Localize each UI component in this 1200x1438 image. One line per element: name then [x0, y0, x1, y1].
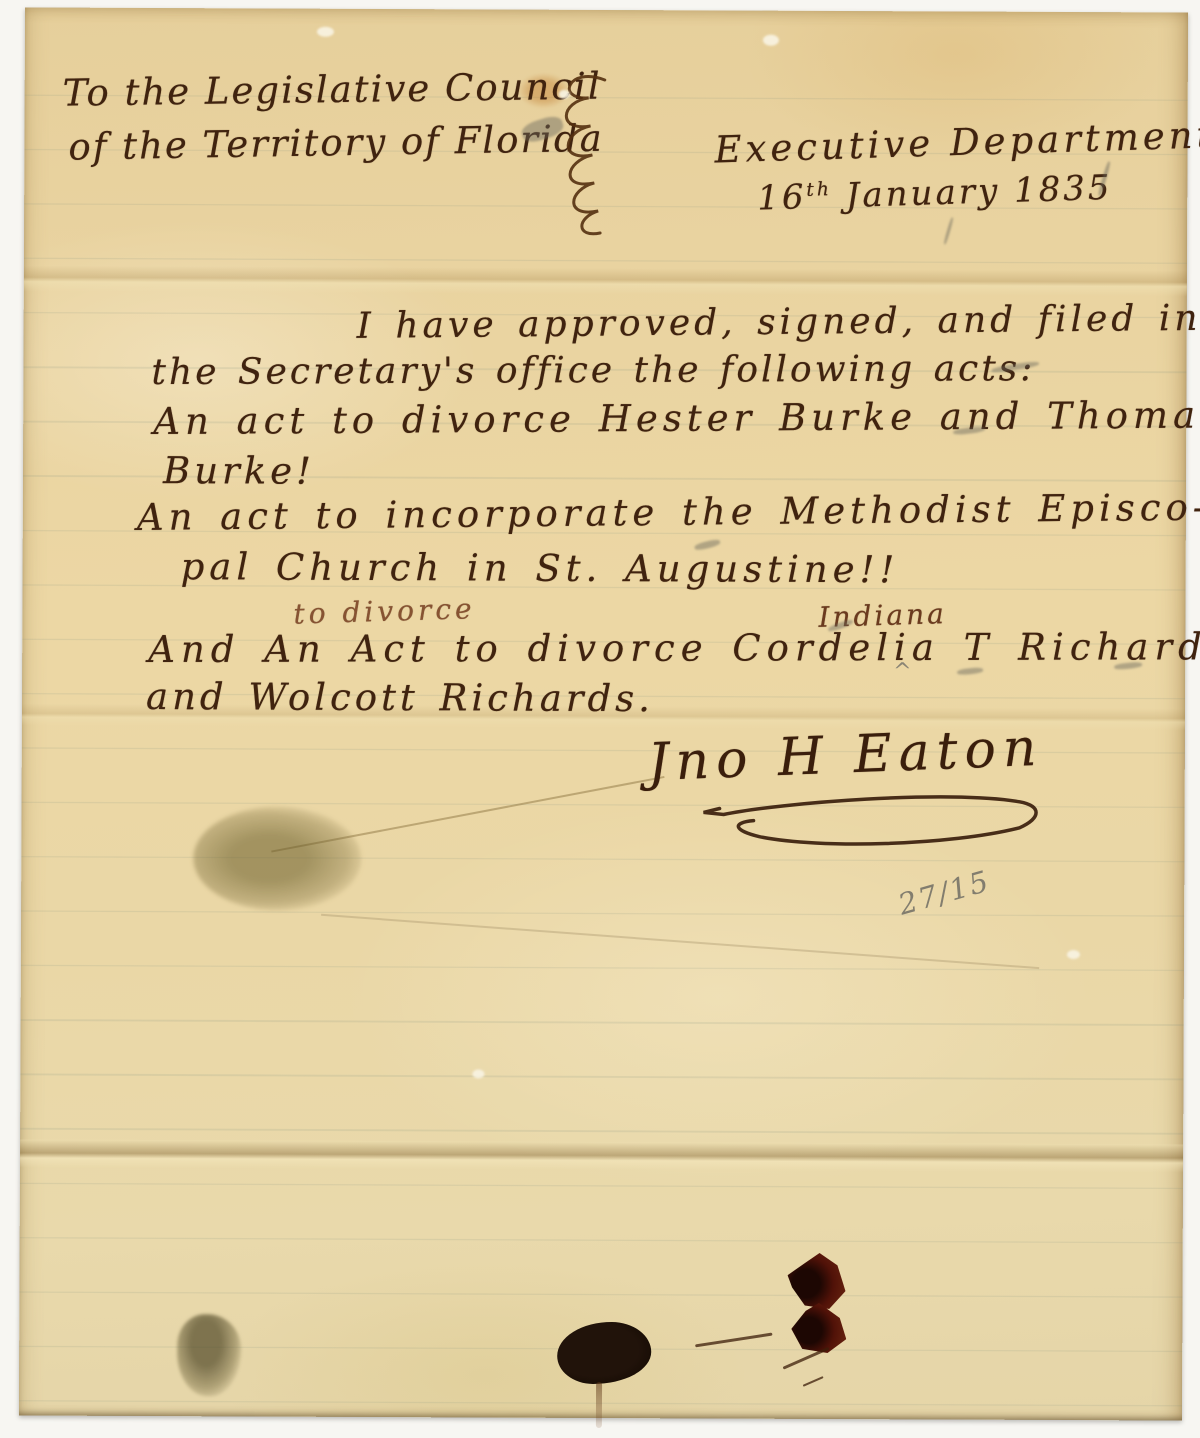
date-ordinal: th [806, 179, 832, 201]
ink-blot [557, 1322, 651, 1384]
ink-streak [783, 1347, 830, 1370]
paper-fleck [472, 1069, 484, 1078]
heading-date: 16th January 1835 [757, 168, 1113, 219]
paper-stain [193, 806, 361, 911]
archival-pencil-note: 27/15 [895, 864, 994, 922]
insertion-caret: ^ [893, 659, 912, 684]
crease-scratch [321, 914, 1039, 969]
paper-fleck [763, 35, 779, 46]
letter-page: To the Legislative Council of the Territ… [19, 7, 1188, 1420]
pencil-smudge [943, 217, 954, 245]
ink-streak [695, 1333, 773, 1348]
signature-flourish [689, 782, 1049, 862]
crease-scratch [271, 776, 664, 853]
salutation-line-2: of the Territory of Florida [68, 117, 604, 169]
body-line: And An Act to divorce Cordelia T Richard… [148, 625, 1200, 671]
body-line: An act to divorce Hester Burke and Thoma… [153, 393, 1200, 443]
body-line: An act to incorporate the Methodist Epis… [137, 486, 1200, 539]
paper-fleck [559, 90, 570, 99]
body-line: I have approved, signed, and filed in [356, 298, 1200, 347]
fold-crease [20, 1139, 1183, 1172]
interlinear-insertion-to-divorce: to divorce [293, 592, 476, 631]
ink-drip [596, 1382, 602, 1428]
body-line: pal Church in St. Augustine!! [181, 545, 900, 591]
scan-background: To the Legislative Council of the Territ… [0, 0, 1200, 1438]
date-remainder: January 1835 [831, 168, 1113, 217]
ink-blot [787, 1253, 845, 1309]
paper-fleck [317, 27, 334, 37]
body-line: Burke! [163, 449, 315, 493]
fold-crease [24, 265, 1187, 296]
paper-fleck [1067, 950, 1080, 959]
ink-blot [791, 1303, 846, 1353]
spiral-flourish [546, 70, 611, 254]
heading-department: Executive Department [714, 113, 1200, 171]
body-line: the Secretary's office the following act… [151, 348, 1035, 393]
ink-streak [803, 1376, 824, 1387]
body-line: and Wolcott Richards. [146, 675, 654, 720]
paper-stain [177, 1314, 241, 1396]
date-day: 16 [757, 177, 807, 218]
salutation-line-1: To the Legislative Council [62, 65, 601, 115]
